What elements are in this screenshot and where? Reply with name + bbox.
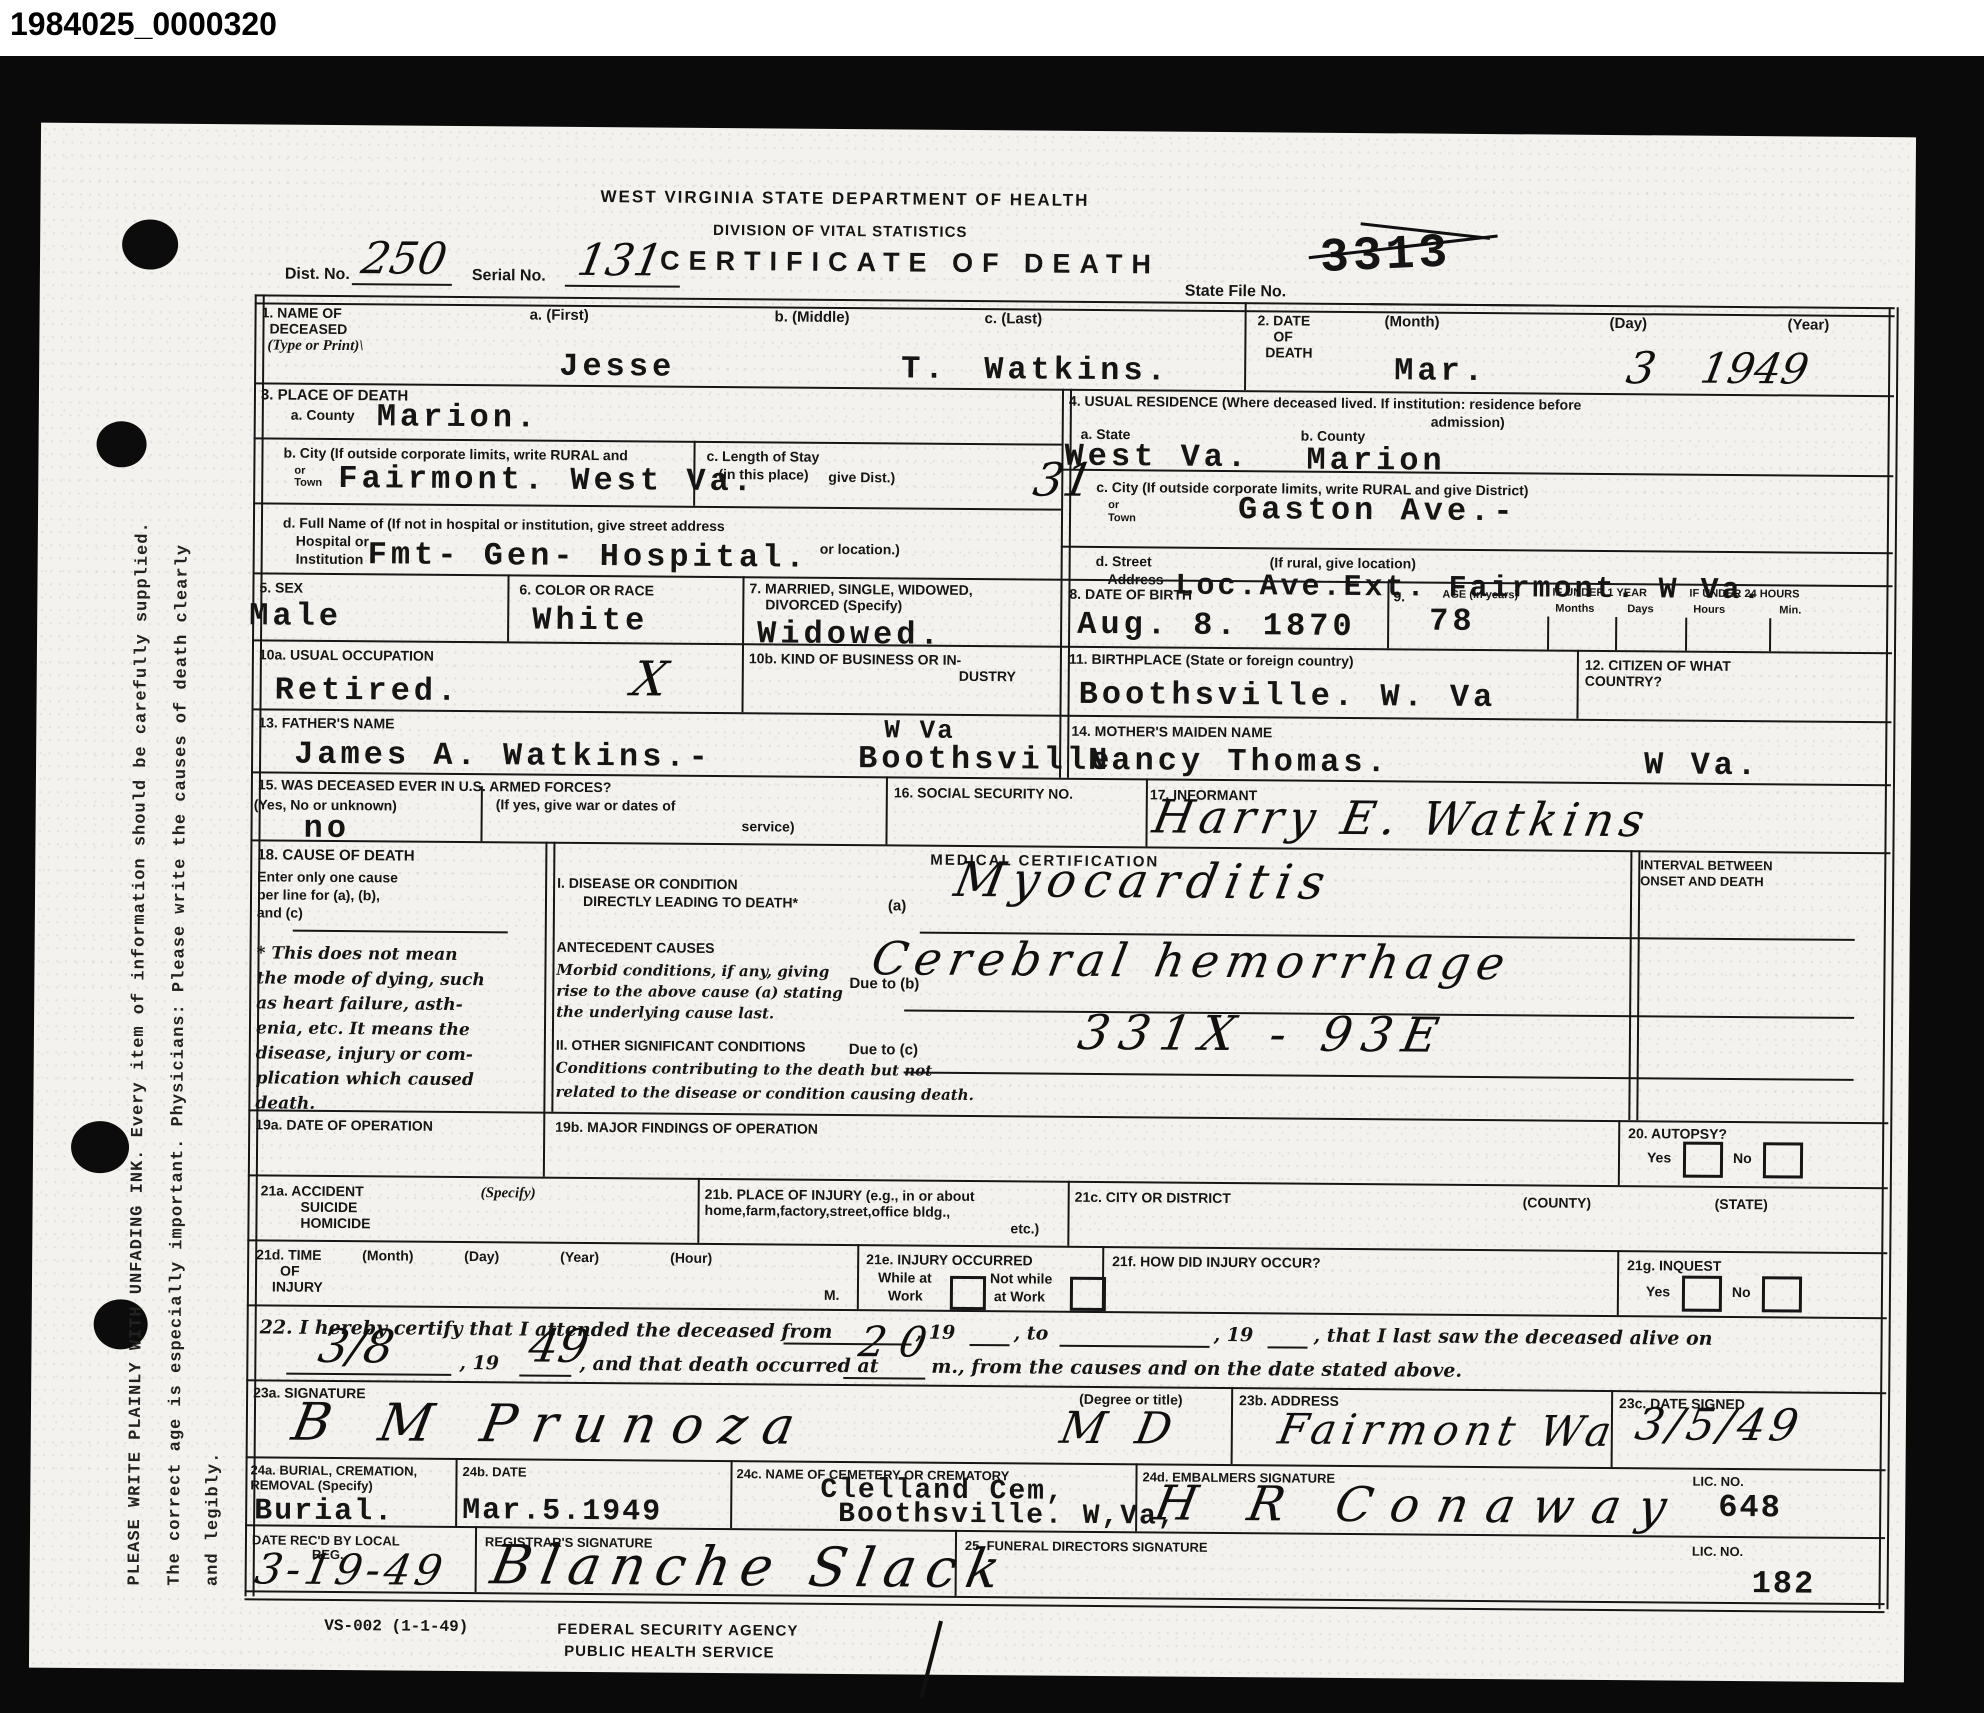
injury-time-label3: INJURY (272, 1279, 323, 1296)
stay-label2: (in this place) (718, 466, 808, 484)
race-value: White (532, 605, 648, 638)
injury-state-label: (STATE) (1715, 1196, 1768, 1213)
residence-state-value: West Va. (1064, 441, 1250, 474)
burial-date-label: 24b. DATE (462, 1464, 526, 1480)
interval-label: INTERVAL BETWEEN (1640, 857, 1772, 874)
injury-city-label: 21c. CITY OR DISTRICT (1075, 1189, 1231, 1207)
document-id: 1984025_0000320 (10, 6, 277, 43)
margin-note-correct-age: The correct age is especially important.… (166, 544, 193, 1586)
field1-label3: (Type or Print)\ (267, 336, 363, 355)
informant-signature: Harry E. Watkins (1149, 793, 1653, 843)
cause-a-value: Myocarditis (951, 856, 1337, 907)
rule (697, 1178, 700, 1243)
residence-city-value: Gaston Ave.- (1238, 494, 1517, 528)
rule (1618, 1120, 1621, 1185)
rule (1576, 650, 1579, 719)
accident-label3: HOMICIDE (300, 1215, 370, 1232)
death-year-label: (Year) (1787, 316, 1829, 334)
physician-address-value: Fairmont Wa (1275, 1408, 1621, 1453)
middle-name-label: b. (Middle) (775, 308, 850, 327)
rule (247, 1304, 1887, 1319)
injury-place-label2: home,farm,factory,street,office bldg., (705, 1202, 951, 1221)
service-name: PUBLIC HEALTH SERVICE (564, 1643, 775, 1662)
cause-note-line: plication which caused (256, 1067, 474, 1091)
certify-line1e: , that I last saw the deceased alive on (1314, 1325, 1713, 1351)
district-number-value: 250 (358, 237, 450, 282)
cause-note-line: * This does not mean (256, 942, 457, 966)
rule (1547, 617, 1549, 650)
business-label: 10b. KIND OF BUSINESS OR IN- (749, 650, 961, 668)
cause-inst3: and (c) (257, 904, 303, 921)
armed-forces-sub3: service) (742, 818, 795, 835)
burial-label: 24a. BURIAL, CREMATION, (250, 1462, 417, 1478)
burial-label2: REMOVAL (Specify) (250, 1477, 372, 1493)
certify-line1c: , to (1014, 1322, 1049, 1345)
antecedent-label: ANTECEDENT CAUSES (557, 939, 715, 957)
occupation-label: 10a. USUAL OCCUPATION (259, 646, 434, 664)
physician-signature: B M Prunoza (288, 1397, 815, 1453)
certify-hour-hand: 2 0 (856, 1321, 931, 1363)
inquest-no-label: No (1732, 1284, 1751, 1301)
rule (1769, 618, 1771, 651)
under1year-label: IF UNDER 1 YEAR (1552, 587, 1647, 600)
city-or-label: or (294, 465, 305, 478)
operation-findings-label: 19b. MAJOR FINDINGS OF OPERATION (555, 1119, 818, 1138)
serial-number-label: Serial No. (472, 266, 546, 286)
autopsy-label: 20. AUTOPSY? (1628, 1125, 1727, 1143)
burial-value: Burial. (254, 1496, 394, 1527)
accident-label2: SUICIDE (301, 1199, 358, 1216)
funeral-lic-label: LIC. NO. (1692, 1544, 1743, 1559)
death-day-label: (Day) (1609, 315, 1647, 333)
certify-line1d: , 19 (1214, 1324, 1254, 1347)
under24hours-label: IF UNDER 24 HOURS (1689, 588, 1799, 602)
at-work-checkbox (950, 1276, 986, 1310)
sex-value: Male (249, 600, 342, 633)
hours-label: Hours (1693, 604, 1725, 617)
rule (519, 1374, 571, 1376)
rule (730, 1460, 733, 1528)
street-label: d. Street (1096, 553, 1152, 570)
margin-note-unfading-ink: PLEASE WRITE PLAINLY WITH UNFADING INK. … (126, 521, 153, 1585)
cause-note-line: as heart failure, asth- (256, 992, 463, 1016)
residence-town-label: Town (1108, 512, 1136, 525)
field4-label2: admission) (1431, 414, 1505, 431)
cause-note-line: the mode of dying, such (256, 967, 485, 991)
injury-occurred-label: 21e. INJURY OCCURRED (866, 1251, 1033, 1269)
certify-line2a: , 19 (459, 1352, 499, 1375)
father-value: James A. Watkins.- (294, 739, 712, 774)
autopsy-yes-checkbox (1683, 1142, 1723, 1178)
rule (857, 1244, 860, 1309)
residence-or-label: or (1108, 499, 1119, 512)
race-label: 6. COLOR OR RACE (519, 581, 654, 599)
rule (843, 1377, 925, 1380)
scanned-death-certificate: 1984025_0000320 PLEASE WRITE PLAINLY WIT… (0, 0, 1984, 1713)
due-to-b-label: Due to (b) (849, 975, 919, 994)
division-title: DIVISION OF VITAL STATISTICS (600, 221, 1080, 242)
father-label: 13. FATHER'S NAME (258, 714, 394, 732)
death-day-value: 3 (1623, 347, 1659, 391)
burial-date-value: Mar.5.1949 (462, 1496, 662, 1528)
rule (1878, 307, 1898, 1609)
certify-line2c: m., from the causes and on the date stat… (931, 1356, 1462, 1383)
middle-name-value: T. (901, 353, 948, 385)
not-while-label: Not while (990, 1270, 1052, 1287)
certify-line2b: , and that death occurred at (579, 1353, 878, 1378)
rule (1061, 546, 1893, 555)
agency-name: FEDERAL SECURITY AGENCY (557, 1621, 798, 1640)
rule (1060, 1345, 1210, 1348)
registrar-signature: Blanche Slack (487, 1538, 1014, 1596)
rule (904, 1071, 1854, 1080)
rule (1268, 1346, 1308, 1348)
rule (507, 574, 510, 641)
rule (455, 1458, 458, 1526)
age-value: 78 (1429, 606, 1476, 638)
age-label: AGE (In years) (1442, 589, 1518, 602)
cause-note-line: death. (255, 1092, 315, 1115)
business-label2: DUSTRY (959, 668, 1016, 685)
rule (475, 1526, 478, 1592)
at-work-label: at Work (994, 1288, 1045, 1305)
last-name-label: c. (Last) (985, 310, 1043, 328)
field4-label: 4. USUAL RESIDENCE (Where deceased lived… (1069, 393, 1582, 414)
inquest-label: 21g. INQUEST (1627, 1257, 1721, 1275)
rule (885, 776, 888, 844)
field1-label: 1. NAME OF (262, 304, 342, 321)
hospital-label3: Institution (296, 551, 364, 568)
min-label: Min. (1779, 604, 1801, 617)
city-value: Fairmont. West Va. (338, 463, 756, 498)
field2-label: 2. DATE (1258, 312, 1311, 329)
city-town-label: Town (294, 477, 322, 490)
mother-note-right: W Va. (1644, 749, 1760, 782)
birthplace-label: 11. BIRTHPLACE (State or foreign country… (1069, 651, 1354, 670)
rule (1617, 1250, 1620, 1315)
rule (543, 1112, 546, 1177)
injury-year-label: (Year) (560, 1249, 599, 1266)
injury-place-label3: etc.) (1010, 1220, 1039, 1237)
cause-note-line: enia, etc. It means the (256, 1017, 470, 1041)
inquest-no-checkbox (1762, 1276, 1802, 1312)
days-label: Days (1627, 603, 1653, 616)
work-label: Work (888, 1287, 923, 1304)
hospital-label2: Hospital or (296, 533, 369, 550)
death-year-value: 1949 (1697, 348, 1812, 391)
injury-hour-label: (Hour) (670, 1250, 712, 1267)
injury-time-label2: OF (280, 1263, 300, 1280)
date-signed-value: 3/5/49 (1632, 1403, 1806, 1448)
embalmer-lic-label: LIC. NO. (1692, 1474, 1743, 1489)
autopsy-no-checkbox (1763, 1142, 1803, 1178)
injury-day-label: (Day) (464, 1248, 499, 1265)
morbid-line3: the underlying cause last. (556, 1003, 774, 1024)
injury-county-label: (COUNTY) (1523, 1194, 1592, 1211)
rule (543, 842, 555, 1112)
embalmer-lic-value: 648 (1718, 1492, 1782, 1524)
certify-from-hand: 3/8 (315, 1323, 398, 1370)
marital-label2: DIVORCED (Specify) (765, 596, 902, 614)
birth-date-value: Aug. 8. 1870 (1077, 609, 1356, 643)
autopsy-yes-label: Yes (1647, 1149, 1671, 1166)
rule (352, 283, 452, 286)
occupation-value: Retired. (275, 675, 461, 708)
field2-label3: DEATH (1265, 344, 1312, 361)
hospital-label4: or location.) (820, 541, 900, 558)
scan-header-strip: 1984025_0000320 (0, 0, 1984, 56)
rule (970, 1344, 1010, 1346)
rule (248, 1109, 1888, 1124)
certificate-paper: PLEASE WRITE PLAINLY WITH UNFADING INK. … (29, 123, 1916, 1683)
first-name-label: a. (First) (530, 307, 589, 325)
not-at-work-checkbox (1070, 1277, 1106, 1311)
rule (1685, 618, 1687, 651)
morbid-line1: Morbid conditions, if any, giving (556, 961, 829, 983)
rule (1145, 778, 1148, 846)
mother-value: Nancy Thomas. (1088, 745, 1390, 779)
father-note-right: Boothsville (858, 743, 1113, 777)
punch-hole (96, 421, 146, 467)
birth-date-label: 8. DATE OF BIRTH (1069, 586, 1192, 604)
degree-value: M D (1057, 1407, 1183, 1452)
rule (253, 502, 1061, 510)
inquest-yes-checkbox (1682, 1276, 1722, 1312)
rule (251, 708, 1891, 723)
department-title: WEST VIRGINIA STATE DEPARTMENT OF HEALTH (600, 187, 1080, 211)
cause-label: 18. CAUSE OF DEATH (257, 846, 414, 865)
city-label2: give Dist.) (828, 469, 895, 486)
how-injury-label: 21f. HOW DID INJURY OCCUR? (1112, 1253, 1321, 1271)
accident-specify-label: (Specify) (481, 1184, 536, 1202)
death-month-value: Mar. (1394, 355, 1487, 388)
date-received-value: 3-19-49 (252, 1548, 450, 1591)
cemetery-value2: Boothsville. W,Va, (838, 1501, 1177, 1532)
inquest-yes-label: Yes (1646, 1283, 1670, 1300)
cause-a-value2: Cerebral hemorrhage (868, 935, 1515, 986)
rule (293, 930, 508, 934)
birthplace-value: Boothsville. W. Va (1079, 679, 1497, 714)
injury-time-label: 21d. TIME (256, 1246, 321, 1263)
other-conditions-label: II. OTHER SIGNIFICANT CONDITIONS (556, 1037, 806, 1056)
stay-label: c. Length of Stay (706, 448, 819, 466)
punch-hole (122, 219, 178, 269)
residence-county-value: Marion (1306, 445, 1445, 478)
occupation-mark: X (628, 655, 671, 703)
cause-inst1: Enter only one cause (257, 868, 398, 886)
disease-label: I. DISEASE OR CONDITION (557, 875, 738, 893)
punch-hole (71, 1121, 129, 1173)
marital-value: Widowed. (757, 618, 943, 651)
cause-inst2: per line for (a), (b), (257, 886, 380, 904)
county-value: Marion. (377, 401, 540, 434)
first-name-value: Jesse (559, 351, 675, 384)
operation-date-label: 19a. DATE OF OPERATION (255, 1116, 433, 1134)
rule (1628, 850, 1640, 1120)
cause-note-line: disease, injury or com- (256, 1042, 473, 1066)
field2-label2: OF (1273, 328, 1293, 345)
certificate-title: CERTIFICATE OF DEATH (660, 246, 1140, 281)
autopsy-no-label: No (1733, 1150, 1752, 1167)
rule (1244, 302, 1247, 390)
rule (246, 1379, 1886, 1394)
rule (1615, 617, 1617, 650)
funeral-director-label: 25. FUNERAL DIRECTORS SIGNATURE (965, 1538, 1208, 1555)
ssn-label: 16. SOCIAL SECURITY NO. (894, 784, 1073, 802)
serial-number-value: 131 (574, 239, 666, 284)
months-label: Months (1555, 603, 1594, 616)
rule (255, 294, 1895, 317)
form-number: VS-002 (1-1-49) (324, 1617, 468, 1636)
field1-label2: DECEASED (269, 320, 347, 337)
rule (742, 576, 745, 643)
armed-forces-sub2: (If yes, give war or dates of (496, 796, 676, 814)
rule (565, 285, 680, 288)
injury-m-label: M. (824, 1287, 840, 1304)
disease-label2: DIRECTLY LEADING TO DEATH* (583, 893, 798, 911)
state-file-stamp: 3313 (1319, 226, 1452, 286)
armed-forces-value: no (303, 813, 350, 845)
hospital-value: Fmt- Gen- Hospital. (368, 539, 809, 574)
rule (741, 643, 744, 712)
rule (1067, 1181, 1070, 1246)
morbid-line2: rise to the above cause (a) stating (556, 982, 843, 1004)
due-to-c-label: Due to (c) (849, 1041, 918, 1060)
district-number-label: Dist. No. (285, 265, 350, 285)
while-at-label: While at (878, 1269, 932, 1286)
county-label: a. County (291, 407, 355, 424)
margin-note-legibly: and legibly. (204, 1452, 224, 1587)
mother-label: 14. MOTHER'S MAIDEN NAME (1071, 723, 1272, 741)
state-file-label: State File No. (1185, 282, 1287, 302)
cause-a-label: (a) (888, 897, 906, 915)
other-conditions-line2: related to the disease or condition caus… (555, 1083, 973, 1106)
interval-label2: ONSET AND DEATH (1640, 873, 1764, 890)
citizen-label2: COUNTRY? (1585, 673, 1662, 690)
age-number: 9. (1393, 588, 1405, 605)
death-month-label: (Month) (1384, 313, 1439, 331)
embalmer-signature: H R Conaway (1151, 1479, 1688, 1531)
hospital-label: d. Full Name of (If not in hospital or i… (283, 515, 725, 535)
accident-label: 21a. ACCIDENT (261, 1182, 364, 1200)
armed-forces-label: 15. WAS DECEASED EVER IN U.S. ARMED FORC… (258, 776, 612, 796)
cause-c-value: 331X - 93E (1075, 1009, 1452, 1060)
other-conditions-line1: Conditions contributing to the death but… (556, 1059, 933, 1081)
rule (1231, 1387, 1234, 1464)
sex-label: 5. SEX (259, 579, 303, 596)
funeral-lic-value: 182 (1752, 1568, 1816, 1600)
injury-month-label: (Month) (362, 1247, 413, 1264)
last-name-value: Watkins. (984, 354, 1170, 387)
